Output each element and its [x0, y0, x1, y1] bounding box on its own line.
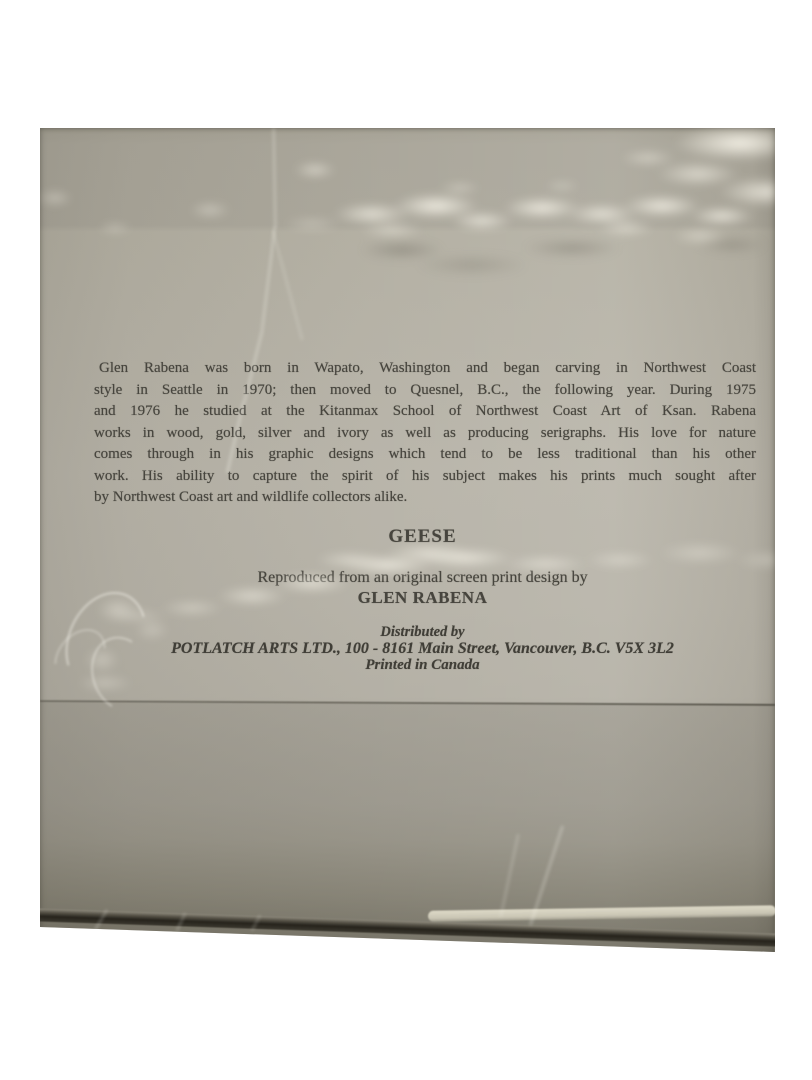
- bio-line: by Northwest Coast art and wildlife coll…: [94, 487, 756, 509]
- bio-line: Glen Rabena was born in Wapato, Washingt…: [94, 358, 756, 380]
- printed-in-line: Printed in Canada: [40, 657, 805, 674]
- label-text-block: Glen Rabena was born in Wapato, Washingt…: [40, 128, 775, 952]
- bio-line: style in Seattle in 1970; then moved to …: [94, 380, 756, 402]
- distributed-by-line: Distributed by: [40, 624, 805, 641]
- bio-line: and 1976 he studied at the Kitanmax Scho…: [94, 401, 756, 423]
- wrapped-print-photo: Glen Rabena was born in Wapato, Washingt…: [40, 128, 775, 952]
- bio-line: comes through in his graphic designs whi…: [94, 444, 756, 466]
- distributor-address: POTLATCH ARTS LTD., 100 - 8161 Main Stre…: [40, 640, 805, 658]
- bio-line: works in wood, gold, silver and ivory as…: [94, 423, 756, 445]
- bio-line: work. His ability to capture the spirit …: [94, 466, 756, 488]
- photo-page: { "colors": { "page_background": "#fffff…: [0, 0, 812, 1080]
- credit-line: Reproduced from an original screen print…: [40, 569, 805, 587]
- artist-name: GLEN RABENA: [40, 588, 805, 608]
- print-title: GEESE: [40, 526, 805, 548]
- bio-paragraph: Glen Rabena was born in Wapato, Washingt…: [94, 358, 756, 509]
